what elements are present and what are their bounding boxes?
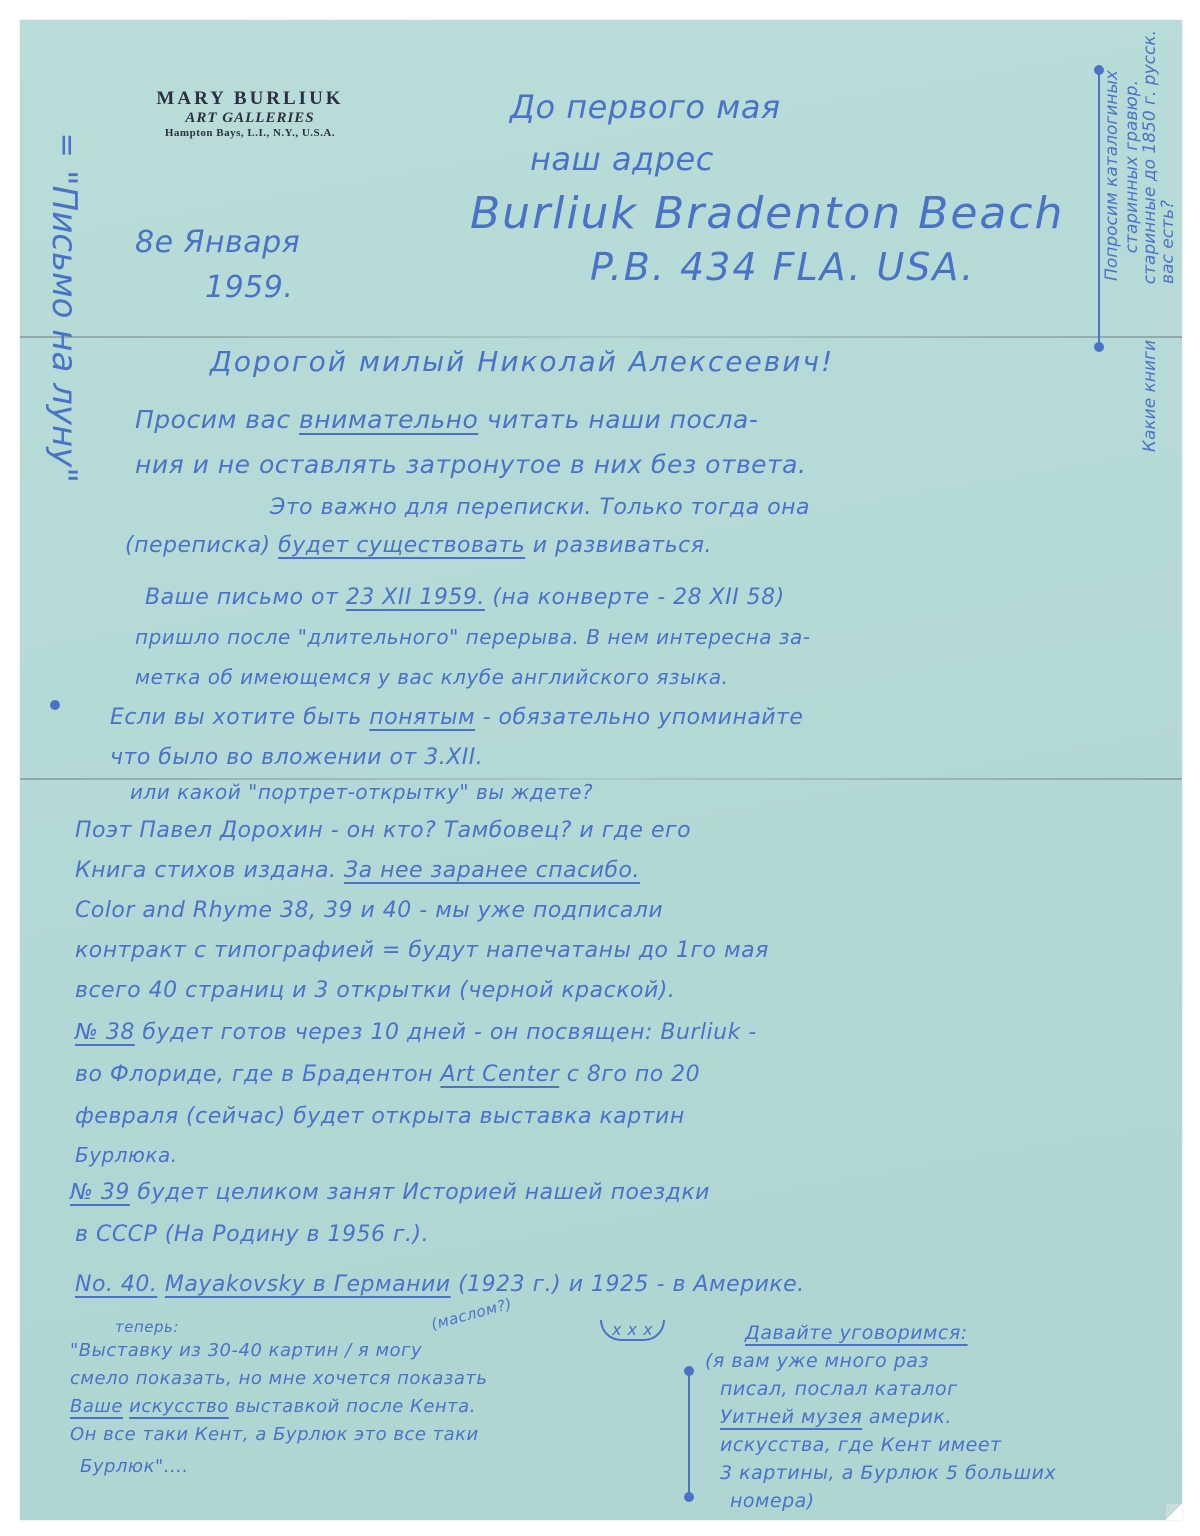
address-line-1: До первого мая bbox=[510, 88, 781, 126]
footnote-right-line-1: (я вам уже много раз bbox=[705, 1350, 929, 1372]
p7-line-2: в СССР (На Родину в 1956 г.). bbox=[75, 1222, 429, 1247]
footnote-left-line-1: "Выставку из 30-40 картин / я могу bbox=[70, 1340, 422, 1361]
address-line-3: Burliuk Bradenton Beach bbox=[470, 188, 1064, 239]
paper-fold-upper bbox=[20, 336, 1182, 338]
footnote-right-line-4: искусства, где Кент имеет bbox=[720, 1434, 1002, 1456]
letterhead-name: MARY BURLIUK bbox=[120, 88, 380, 110]
p3-line-1: Если вы хотите быть понятым - обязательн… bbox=[110, 705, 803, 730]
p6-line-3: февраля (сейчас) будет открыта выставка … bbox=[75, 1104, 685, 1129]
p6-line-2: во Флориде, где в Брадентон Art Center с… bbox=[75, 1062, 700, 1087]
greeting: Дорогой милый Николай Алексеевич! bbox=[210, 345, 834, 378]
footnote-connector-dot-top bbox=[684, 1366, 694, 1376]
footnote-right-line-2: писал, послал каталог bbox=[720, 1378, 958, 1400]
letterhead-stamp: MARY BURLIUK ART GALLERIES Hampton Bays,… bbox=[120, 88, 380, 139]
date-year: 1959. bbox=[205, 270, 293, 305]
footnote-left-line-2: смело показать, но мне хочется показать bbox=[70, 1368, 487, 1389]
folded-corner bbox=[1166, 1504, 1182, 1520]
p2-line-1: Ваше письмо от 23 XII 1959. (на конверте… bbox=[145, 585, 785, 610]
margin-bracket bbox=[1098, 70, 1100, 350]
p5-line-2: контракт с типографией = будут напечатан… bbox=[75, 938, 769, 963]
date-day: 8е Января bbox=[135, 225, 300, 260]
address-line-4: P.B. 434 FLA. USA. bbox=[590, 245, 975, 289]
footnote-left-line-3: Ваше искусство выставкой после Кента. bbox=[70, 1396, 476, 1417]
p1-line-4: (переписка) будет существовать и развива… bbox=[125, 533, 712, 558]
p4-line-2: Книга стихов издана. За нее заранее спас… bbox=[75, 858, 640, 883]
p7-line-1: № 39 будет целиком занят Историей нашей … bbox=[70, 1180, 710, 1205]
p1-line-2: ния и не оставлять затронутое в них без … bbox=[135, 450, 806, 479]
p1-line-1: Просим вас внимательно читать наши посла… bbox=[135, 405, 758, 434]
p4-line-1: Поэт Павел Дорохин - он кто? Тамбовец? и… bbox=[75, 818, 691, 843]
footnote-right-heading: Давайте уговоримся: bbox=[745, 1322, 968, 1344]
margin-right-line-3: старинные до 1850 г. русск. bbox=[1140, 30, 1160, 284]
margin-bracket-dot-top bbox=[1094, 65, 1104, 75]
p3-line-2: что было во вложении от 3.XII. bbox=[110, 745, 483, 770]
p2-line-3: метка об имеющемся у вас клубе английско… bbox=[135, 665, 728, 689]
p6-line-1: № 38 будет готов через 10 дней - он посв… bbox=[75, 1020, 757, 1045]
p1-line-3: Это важно для переписки. Только тогда он… bbox=[270, 495, 810, 520]
footnote-left-line-4: Он все таки Кент, а Бурлюк это все таки bbox=[70, 1424, 479, 1445]
margin-left-quote: "Письмо на луну" bbox=[44, 170, 84, 483]
footnote-left-line-5: Бурлюк".... bbox=[80, 1456, 189, 1477]
footnote-right-line-5: 3 картины, а Бурлюк 5 больших bbox=[720, 1462, 1056, 1484]
p5-line-3: всего 40 страниц и 3 открытки (черной кр… bbox=[75, 978, 675, 1003]
margin-right-line-5: Какие книги bbox=[1140, 340, 1160, 452]
footnote-left-label: теперь: bbox=[115, 1318, 179, 1336]
margin-right-line-4: вас есть? bbox=[1158, 200, 1178, 284]
footnote-right-line-6: номера) bbox=[730, 1490, 815, 1512]
p8-line-1: No. 40. Mayakovsky в Германии (1923 г.) … bbox=[75, 1272, 805, 1297]
margin-dot bbox=[50, 700, 60, 710]
margin-right-line-2: старинных гравюр. bbox=[1122, 80, 1142, 253]
letterhead-subtitle: ART GALLERIES bbox=[120, 110, 380, 127]
footnote-connector-dot-bottom bbox=[684, 1492, 694, 1502]
p2-line-2: пришло после "длительного" перерыва. В н… bbox=[135, 625, 811, 649]
margin-left-mark: = bbox=[49, 133, 84, 159]
margin-bracket-dot-bottom bbox=[1094, 342, 1104, 352]
p3-line-3: или какой "портрет-открытку" вы ждете? bbox=[130, 780, 593, 804]
margin-right-line-1: Попросим каталогиных bbox=[1102, 70, 1122, 281]
address-line-2: наш адрес bbox=[530, 140, 714, 178]
p5-line-1: Color and Rhyme 38, 39 и 40 - мы уже под… bbox=[75, 898, 663, 923]
letterhead-address: Hampton Bays, L.I., N.Y., U.S.A. bbox=[120, 127, 380, 139]
footnote-connector bbox=[688, 1370, 690, 1500]
p6-line-4: Бурлюка. bbox=[75, 1143, 178, 1167]
footnote-right-line-3: Уитней музея америк. bbox=[720, 1406, 952, 1428]
